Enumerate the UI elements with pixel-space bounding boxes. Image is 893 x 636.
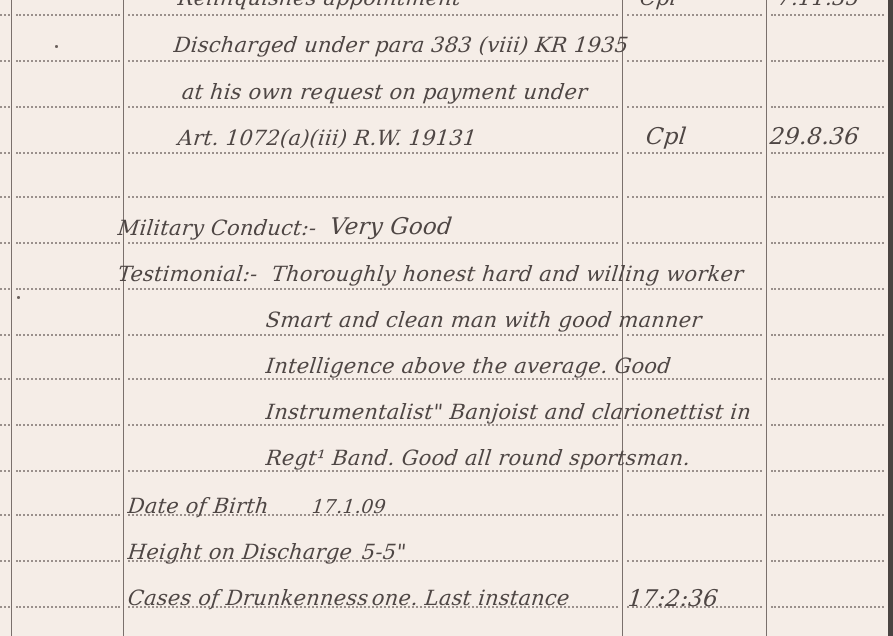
dotted-rule (128, 106, 618, 108)
height-label: Height on Discharge (127, 540, 354, 564)
dotted-rule (128, 378, 618, 380)
dotted-rule (627, 334, 762, 336)
column-rule (11, 0, 12, 636)
dotted-rule (0, 152, 10, 154)
dotted-rule (16, 470, 120, 472)
dotted-rule (771, 514, 884, 516)
dotted-rule (0, 242, 10, 244)
dotted-rule (0, 196, 10, 198)
column-rule (766, 0, 767, 636)
dotted-rule (16, 196, 120, 198)
ink-speck (17, 296, 20, 299)
dotted-rule (16, 60, 120, 62)
dotted-rule (16, 424, 120, 426)
dob-label: Date of Birth (127, 494, 270, 518)
dotted-rule (0, 106, 10, 108)
dotted-rule (128, 424, 618, 426)
dotted-rule (627, 14, 762, 16)
dotted-rule (771, 424, 884, 426)
testimonial-line: Intelligence above the average. Good (265, 354, 673, 378)
testimonial-line: Regt¹ Band. Good all round sportsman. (265, 446, 692, 470)
dotted-rule (771, 606, 884, 608)
dotted-rule (16, 378, 120, 380)
dotted-rule (128, 60, 618, 62)
record-page: Relinquishes appointment Cpl 7.11.35 Dis… (0, 0, 893, 636)
dotted-rule (0, 560, 10, 562)
dotted-rule (627, 378, 762, 380)
dotted-rule (16, 242, 120, 244)
entry-row-1-text: Relinquishes appointment (177, 0, 462, 10)
entry-row-4-rank: Cpl (645, 124, 688, 150)
dotted-rule (128, 14, 618, 16)
dotted-rule (128, 152, 618, 154)
dotted-rule (771, 196, 884, 198)
dotted-rule (771, 106, 884, 108)
entry-row-4-text: Art. 1072(a)(iii) R.W. 19131 (177, 126, 478, 150)
dotted-rule (627, 152, 762, 154)
dotted-rule (0, 514, 10, 516)
ink-speck (55, 45, 58, 48)
dotted-rule (0, 334, 10, 336)
dotted-rule (771, 152, 884, 154)
dotted-rule (128, 196, 618, 198)
testimonial-line: Thoroughly honest hard and willing worke… (271, 262, 745, 286)
entry-row-3-text: at his own request on payment under (181, 80, 589, 104)
dotted-rule (0, 60, 10, 62)
dotted-rule (771, 14, 884, 16)
dotted-rule (627, 60, 762, 62)
dotted-rule (627, 242, 762, 244)
height-value: 5-5" (361, 540, 408, 564)
entry-row-4-date: 29.8.36 (769, 124, 861, 150)
dob-value: 17.1.09 (311, 496, 387, 518)
dotted-rule (627, 288, 762, 290)
dotted-rule (0, 378, 10, 380)
dotted-rule (16, 514, 120, 516)
dotted-rule (0, 470, 10, 472)
drunkenness-label: Cases of Drunkenness (127, 586, 370, 610)
dotted-rule (0, 288, 10, 290)
dotted-rule (0, 606, 10, 608)
entry-row-2-text: Discharged under para 383 (viii) KR 1935 (173, 33, 630, 57)
dotted-rule (16, 152, 120, 154)
dotted-rule (627, 514, 762, 516)
conduct-value: Very Good (329, 214, 454, 240)
dotted-rule (771, 288, 884, 290)
dotted-rule (16, 334, 120, 336)
page-edge (888, 0, 893, 636)
conduct-label: Military Conduct:- (117, 216, 318, 240)
column-rule (123, 0, 124, 636)
dotted-rule (771, 60, 884, 62)
dotted-rule (16, 560, 120, 562)
dotted-rule (771, 242, 884, 244)
entry-row-1-date: 7.11.35 (777, 0, 861, 10)
dotted-rule (627, 560, 762, 562)
entry-row-1-rank: Cpl (639, 0, 678, 10)
dotted-rule (128, 288, 618, 290)
drunkenness-value: one. Last instance (371, 586, 571, 610)
dotted-rule (0, 14, 10, 16)
dotted-rule (16, 288, 120, 290)
dotted-rule (771, 470, 884, 472)
testimonial-line: Instrumentalist" Banjoist and clarionett… (265, 400, 753, 424)
dotted-rule (16, 106, 120, 108)
dotted-rule (16, 606, 120, 608)
dotted-rule (16, 14, 120, 16)
dotted-rule (627, 106, 762, 108)
testimonial-label: Testimonial:- (117, 262, 259, 286)
dotted-rule (627, 196, 762, 198)
dotted-rule (128, 334, 618, 336)
dotted-rule (771, 378, 884, 380)
dotted-rule (627, 470, 762, 472)
dotted-rule (771, 560, 884, 562)
dotted-rule (128, 470, 618, 472)
dotted-rule (627, 424, 762, 426)
dotted-rule (128, 242, 618, 244)
testimonial-line: Smart and clean man with good manner (265, 308, 703, 332)
dotted-rule (0, 424, 10, 426)
dotted-rule (771, 334, 884, 336)
drunkenness-date: 17:2:36 (627, 586, 720, 612)
